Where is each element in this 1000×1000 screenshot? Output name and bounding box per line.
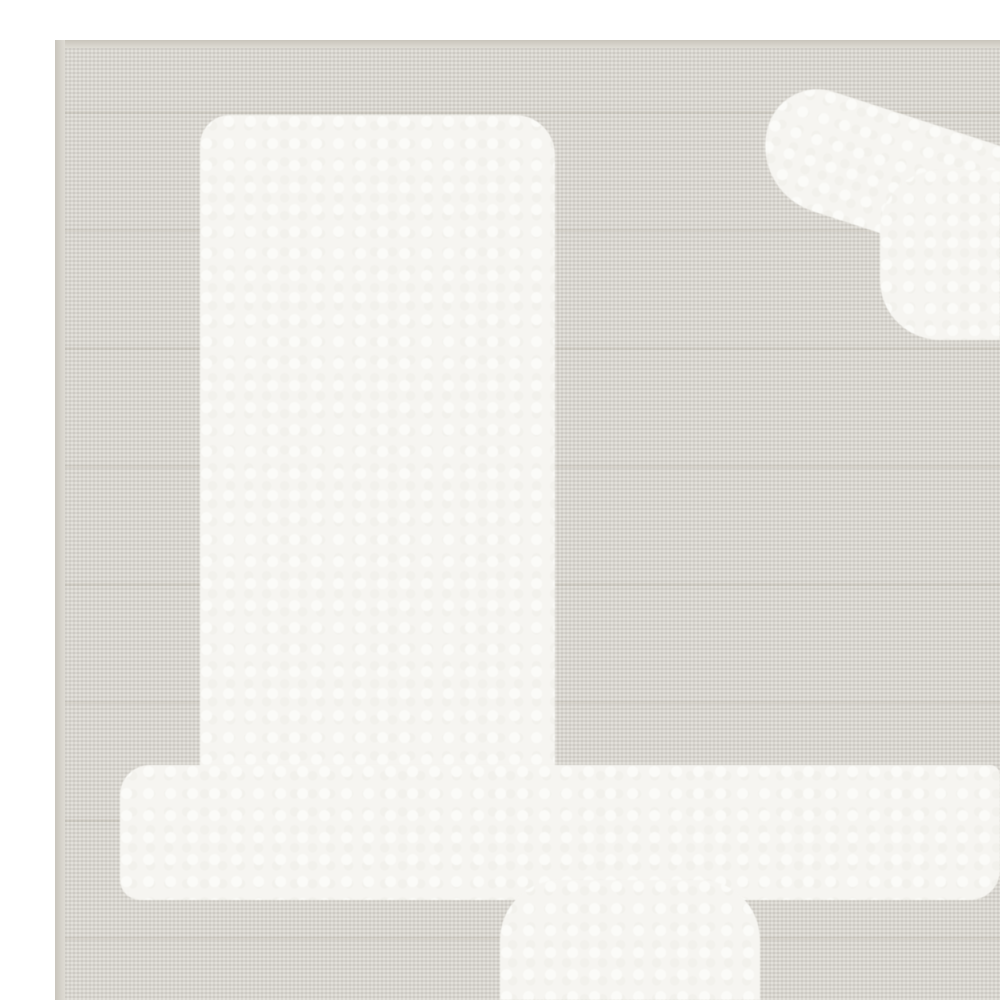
rug-left-edge bbox=[55, 40, 65, 1000]
shag-pile-bottom-tuft bbox=[500, 880, 760, 1000]
shag-pile-right-edge-tuft bbox=[880, 170, 1000, 340]
rug-top-edge bbox=[55, 40, 1000, 48]
shag-pile-vertical-block bbox=[200, 115, 555, 835]
